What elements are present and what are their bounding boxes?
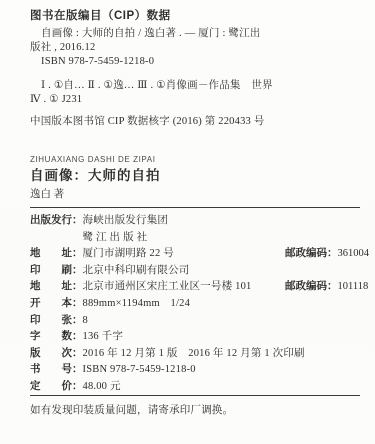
classification-line-2: Ⅳ . ① J231 — [30, 93, 360, 107]
row-value: 北京中科印刷有限公司 — [83, 265, 190, 276]
title-block: ZIHUAXIANG DASHI DE ZIPAI 自画像：大师的自拍 逸白 著 — [30, 155, 360, 202]
postal-code-block: 邮政编码：101118 — [285, 278, 368, 296]
postal-code: 101118 — [338, 281, 369, 292]
classification-line-1: Ⅰ . ①自… Ⅱ . ①逸… Ⅲ . ①肖像画－作品集 世界 — [30, 79, 360, 93]
quality-note: 如有发现印装质量问题，请寄承印厂调换。 — [30, 404, 360, 418]
cip-description-line-1: 自画像 : 大师的自拍 / 逸白著 . — 厦门 : 鹭江出 — [30, 27, 360, 41]
cip-heading: 图书在版编目（CIP）数据 — [30, 9, 360, 24]
row-label: 印 刷： — [30, 264, 83, 276]
row-label — [30, 231, 83, 243]
publication-row-address-2: 地 址：北京市通州区宋庄工业区一号楼 101 邮政编码：101118 — [30, 278, 360, 295]
postal-code-block: 邮政编码：361004 — [285, 245, 369, 263]
top-divider — [30, 207, 360, 208]
row-value: 2016 年 12 月第 1 版 2016 年 12 月第 1 次印刷 — [83, 348, 305, 359]
row-value: 厦门市湖明路 22 号 — [83, 248, 174, 259]
copyright-page: 图书在版编目（CIP）数据 自画像 : 大师的自拍 / 逸白著 . — 厦门 :… — [0, 0, 375, 444]
row-value: 48.00 元 — [83, 381, 121, 392]
row-label: 定 价： — [30, 380, 83, 392]
row-value: 鹭 江 出 版 社 — [83, 232, 148, 243]
publication-row-word-count: 字 数：136 千字 — [30, 328, 360, 345]
author: 逸白 著 — [30, 188, 360, 202]
row-label: 地 址： — [30, 247, 83, 259]
postal-code: 361004 — [338, 248, 370, 259]
publication-row-price: 定 价：48.00 元 — [30, 378, 360, 395]
book-title: 自画像：大师的自拍 — [30, 167, 360, 185]
publication-row-address-1: 地 址：厦门市湖明路 22 号 邮政编码：361004 — [30, 245, 360, 262]
publication-row-edition: 版 次：2016 年 12 月第 1 版 2016 年 12 月第 1 次印刷 — [30, 345, 360, 362]
row-value: 889mm×1194mm 1/24 — [83, 298, 191, 309]
postal-label: 邮政编码： — [285, 280, 338, 292]
row-value: 海峡出版发行集团 — [83, 215, 169, 226]
cip-block: 图书在版编目（CIP）数据 自画像 : 大师的自拍 / 逸白著 . — 厦门 :… — [30, 9, 360, 129]
row-label: 版 次： — [30, 347, 83, 359]
row-value: 8 — [83, 315, 88, 326]
cip-registry-line: 中国版本图书馆 CIP 数据核字 (2016) 第 220433 号 — [30, 115, 360, 129]
publication-row-press: 鹭 江 出 版 社 — [30, 229, 360, 246]
row-value: 北京市通州区宋庄工业区一号楼 101 — [83, 281, 252, 292]
row-label: 字 数： — [30, 330, 83, 342]
row-label: 印 张： — [30, 314, 83, 326]
publication-row-format: 开 本：889mm×1194mm 1/24 — [30, 295, 360, 312]
isbn-line: ISBN 978-7-5459-1218-0 — [30, 55, 360, 69]
postal-label: 邮政编码： — [285, 247, 338, 259]
row-value: 136 千字 — [83, 331, 124, 342]
cip-description-line-2: 版社 , 2016.12 — [30, 41, 360, 55]
row-label: 地 址： — [30, 280, 83, 292]
publication-row-isbn: 书 号：ISBN 978-7-5459-1218-0 — [30, 361, 360, 378]
row-label: 书 号： — [30, 363, 83, 375]
row-value: ISBN 978-7-5459-1218-0 — [83, 364, 196, 375]
publication-row-publisher: 出版发行：海峡出版发行集团 — [30, 212, 360, 229]
publication-info: 出版发行：海峡出版发行集团 鹭 江 出 版 社 地 址：厦门市湖明路 22 号 … — [30, 212, 360, 395]
publication-row-sheets: 印 张：8 — [30, 312, 360, 329]
row-label: 开 本： — [30, 297, 83, 309]
pinyin-title: ZIHUAXIANG DASHI DE ZIPAI — [30, 155, 360, 165]
row-label: 出版发行： — [30, 214, 83, 226]
publication-row-printer: 印 刷：北京中科印刷有限公司 — [30, 262, 360, 279]
